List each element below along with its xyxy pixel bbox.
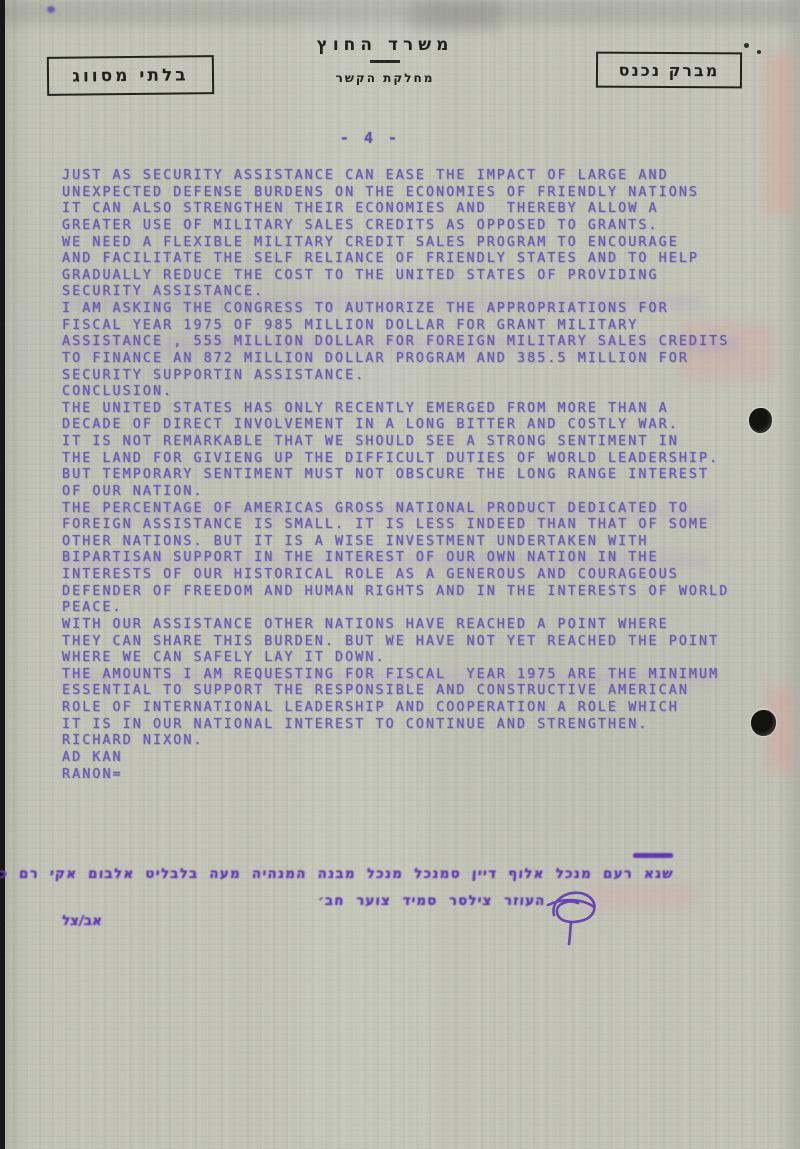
classification-stamp-label: בלתי מסווג [72,65,189,86]
ink-speck [757,50,761,54]
ministry-title: משרד החוץ [300,35,470,55]
handwritten-initials: אב/צל [61,913,102,929]
ink-speck [47,6,55,13]
page-number: - 4 - [330,129,410,147]
department-title: מחלקת הקשר [300,71,470,85]
signature-scribble [540,885,604,947]
scan-edge [0,0,5,1149]
scan-artifact-top-band [0,0,800,24]
incoming-telegram-stamp: מברק נכנס [596,52,742,89]
punch-hole [751,710,776,736]
scan-artifact-top-block [410,0,500,30]
telegram-body-text: JUST AS SECURITY ASSISTANCE CAN EASE THE… [62,168,757,783]
incoming-telegram-stamp-label: מברק נכנס [619,60,720,80]
scan-artifact-pink-strip-top [766,52,796,214]
ink-speck [744,43,749,48]
handwritten-distribution-line: שגא רעם מנכל אלוף דיין סמנכל מנכל מבנה ה… [0,866,675,882]
scanned-telegram-page: בלתי מסווג משרד החוץ מחלקת הקשר מברק נכנ… [0,0,800,1149]
punch-hole [749,408,772,433]
handwritten-dash-mark [633,853,673,858]
handwritten-distribution-line: העוזר צילסר סמיד צוער חב׳ [317,893,546,909]
ministry-header: משרד החוץ מחלקת הקשר [300,35,470,85]
scan-artifact-pink-footer [585,884,695,908]
title-underline [370,60,400,63]
classification-stamp: בלתי מסווג [47,55,214,96]
